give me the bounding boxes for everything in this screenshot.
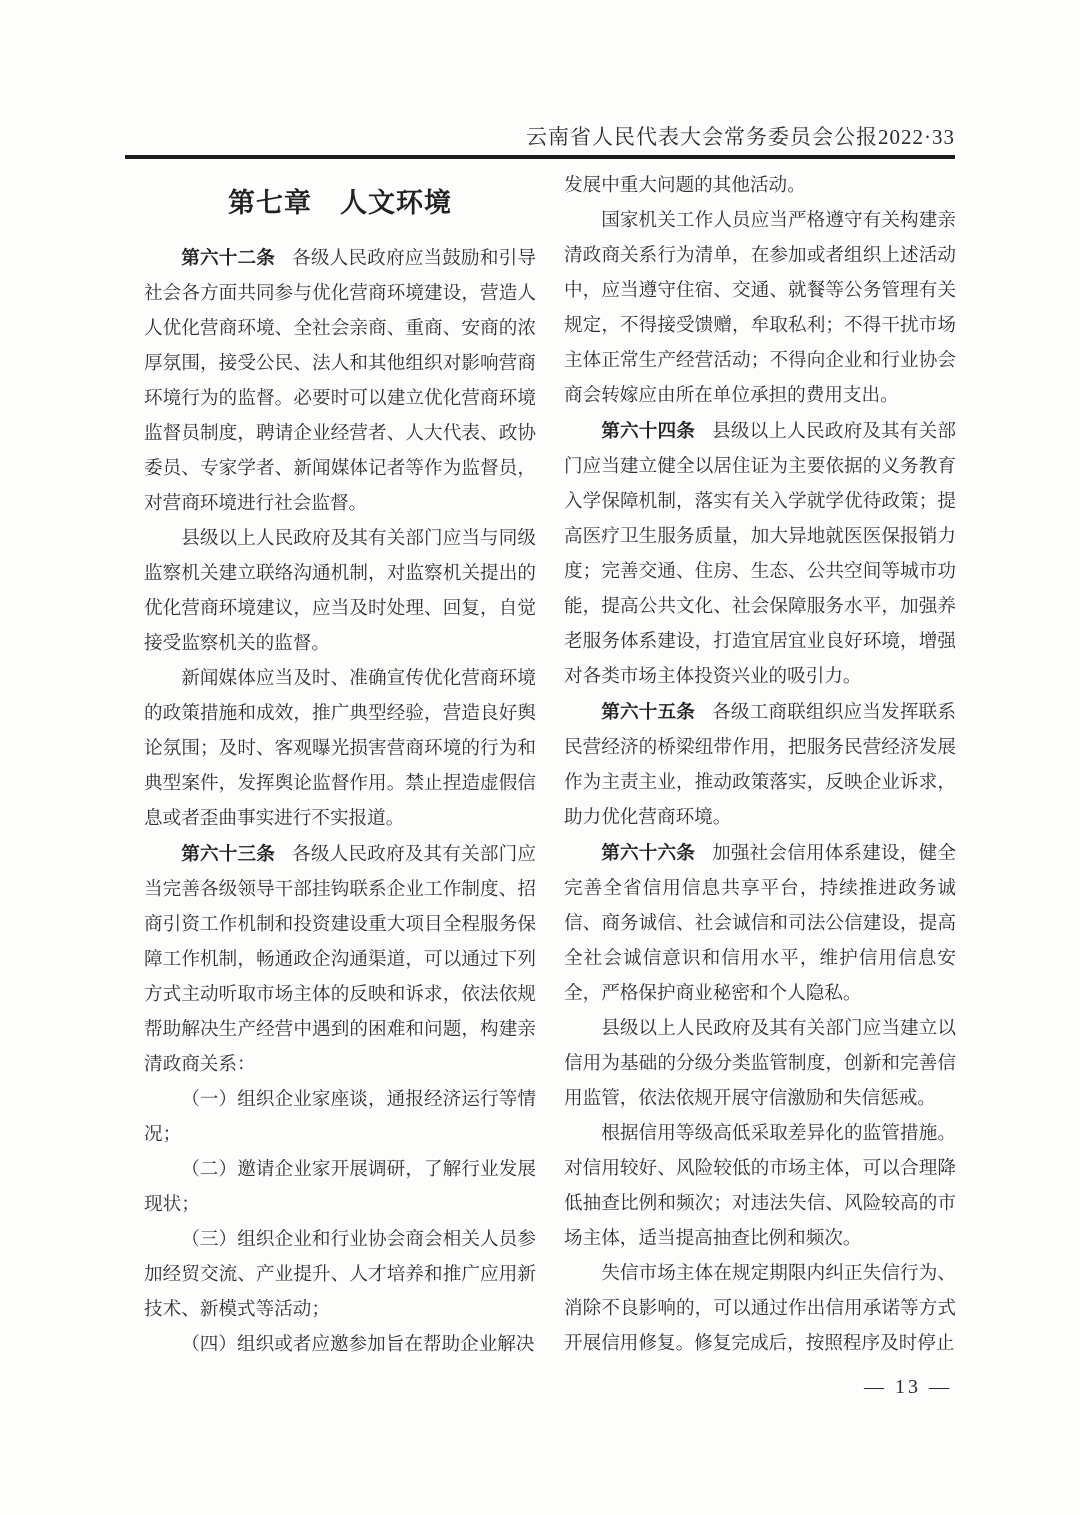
list-item-text: （一）组织企业家座谈，通报经济运行等情况； xyxy=(144,1089,536,1145)
article-64-number: 第六十四条 xyxy=(601,420,695,441)
body-paragraph: 根据信用等级高低采取差异化的监管措施。对信用较好、风险较低的市场主体，可以合理降… xyxy=(564,1116,956,1256)
paragraph-text: 发展中重大问题的其他活动。 xyxy=(564,175,806,196)
article-64-paragraph: 第六十四条县级以上人民政府及其有关部门应当建立健全以居住证为主要依据的义务教育入… xyxy=(564,413,956,694)
article-65-paragraph: 第六十五条各级工商联组织应当发挥联系民营经济的桥梁纽带作用，把服务民营经济发展作… xyxy=(564,694,956,835)
list-item-1: （一）组织企业家座谈，通报经济运行等情况； xyxy=(144,1082,536,1152)
paragraph-text: 新闻媒体应当及时、准确宣传优化营商环境的政策措施和成效，推广典型经验，营造良好舆… xyxy=(144,668,536,829)
article-63-number: 第六十三条 xyxy=(181,843,275,864)
body-paragraph: 国家机关工作人员应当严格遵守有关构建亲清政商关系行为清单，在参加或者组织上述活动… xyxy=(564,203,956,413)
list-item-3: （三）组织企业和行业协会商会相关人员参加经贸交流、产业提升、人才培养和推广应用新… xyxy=(144,1222,536,1327)
paragraph-text: 县级以上人民政府及其有关部门应当与同级监察机关建立联络沟通机制，对监察机关提出的… xyxy=(144,528,536,654)
right-column: 发展中重大问题的其他活动。 国家机关工作人员应当严格遵守有关构建亲清政商关系行为… xyxy=(564,168,956,1361)
article-62-text: 各级人民政府应当鼓励和引导社会各方面共同参与优化营商环境建设，营造人人优化营商环… xyxy=(144,248,536,514)
article-62-number: 第六十二条 xyxy=(181,247,275,268)
page-number: — 13 — xyxy=(864,1376,952,1399)
article-63-text: 各级人民政府及其有关部门应当完善各级领导干部挂钩联系企业工作制度、招商引资工作机… xyxy=(144,844,536,1075)
paragraph-text: 县级以上人民政府及其有关部门应当建立以信用为基础的分级分类监管制度，创新和完善信… xyxy=(564,1018,956,1109)
list-item-text: （二）邀请企业家开展调研，了解行业发展现状； xyxy=(144,1159,536,1215)
article-62-paragraph: 第六十二条各级人民政府应当鼓励和引导社会各方面共同参与优化营商环境建设，营造人人… xyxy=(144,240,536,521)
left-column: 第七章 人文环境 第六十二条各级人民政府应当鼓励和引导社会各方面共同参与优化营商… xyxy=(144,176,536,1362)
paragraph-text: 国家机关工作人员应当严格遵守有关构建亲清政商关系行为清单，在参加或者组织上述活动… xyxy=(564,210,956,406)
continuation-paragraph: 发展中重大问题的其他活动。 xyxy=(564,168,956,203)
paragraph-text: 根据信用等级高低采取差异化的监管措施。对信用较好、风险较低的市场主体，可以合理降… xyxy=(564,1123,956,1249)
chapter-heading: 第七章 人文环境 xyxy=(144,182,536,224)
article-65-number: 第六十五条 xyxy=(601,701,695,722)
article-63-paragraph: 第六十三条各级人民政府及其有关部门应当完善各级领导干部挂钩联系企业工作制度、招商… xyxy=(144,836,536,1082)
article-64-text: 县级以上人民政府及其有关部门应当建立健全以居住证为主要依据的义务教育入学保障机制… xyxy=(564,421,956,687)
article-66-paragraph: 第六十六条加强社会信用体系建设，健全完善全省信用信息共享平台，持续推进政务诚信、… xyxy=(564,835,956,1011)
header-journal-title: 云南省人民代表大会常务委员会公报2022·33 xyxy=(526,121,955,151)
list-item-2: （二）邀请企业家开展调研，了解行业发展现状； xyxy=(144,1152,536,1222)
article-66-number: 第六十六条 xyxy=(601,842,695,863)
list-item-4: （四）组织或者应邀参加旨在帮助企业解决 xyxy=(144,1327,536,1362)
body-paragraph: 县级以上人民政府及其有关部门应当与同级监察机关建立联络沟通机制，对监察机关提出的… xyxy=(144,521,536,661)
header-rule xyxy=(125,155,955,159)
article-66-text: 加强社会信用体系建设，健全完善全省信用信息共享平台，持续推进政务诚信、商务诚信、… xyxy=(564,843,956,1004)
list-item-text: （四）组织或者应邀参加旨在帮助企业解决 xyxy=(181,1334,534,1355)
body-paragraph: 失信市场主体在规定期限内纠正失信行为、消除不良影响的，可以通过作出信用承诺等方式… xyxy=(564,1256,956,1361)
body-paragraph: 新闻媒体应当及时、准确宣传优化营商环境的政策措施和成效，推广典型经验，营造良好舆… xyxy=(144,661,536,836)
list-item-text: （三）组织企业和行业协会商会相关人员参加经贸交流、产业提升、人才培养和推广应用新… xyxy=(144,1229,536,1320)
gazette-page: 云南省人民代表大会常务委员会公报2022·33 第七章 人文环境 第六十二条各级… xyxy=(0,0,1080,1515)
body-paragraph: 县级以上人民政府及其有关部门应当建立以信用为基础的分级分类监管制度，创新和完善信… xyxy=(564,1011,956,1116)
paragraph-text: 失信市场主体在规定期限内纠正失信行为、消除不良影响的，可以通过作出信用承诺等方式… xyxy=(564,1263,956,1354)
